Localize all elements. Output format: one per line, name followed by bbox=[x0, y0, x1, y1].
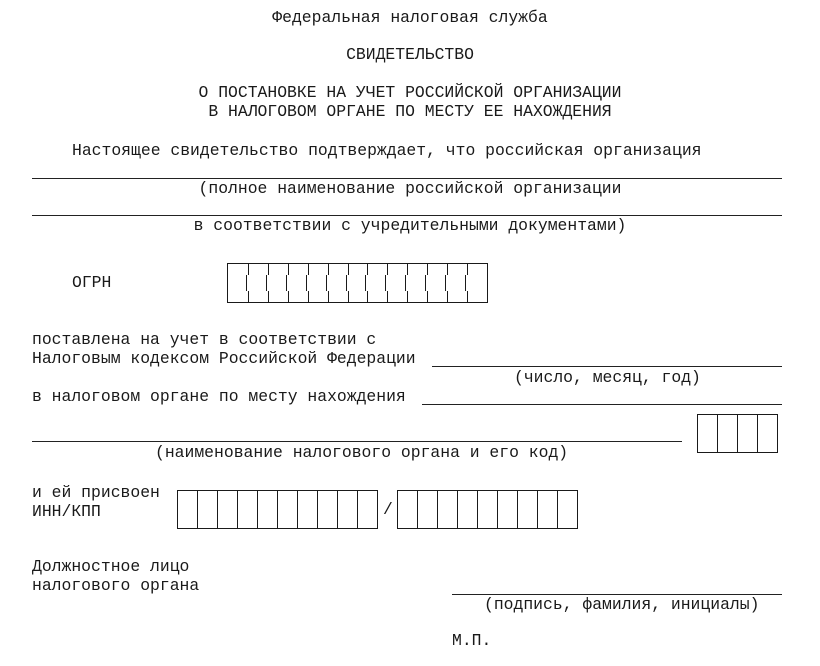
digit-cell[interactable] bbox=[318, 491, 338, 528]
digit-cell[interactable] bbox=[447, 264, 467, 302]
registration-text-line2: Налоговым кодексом Российской Федерации bbox=[32, 349, 416, 368]
digit-cell[interactable] bbox=[288, 264, 308, 302]
inn-field[interactable] bbox=[177, 490, 378, 529]
digit-cell[interactable] bbox=[348, 264, 368, 302]
tax-authority-code-field[interactable] bbox=[697, 414, 778, 453]
cell-divider bbox=[266, 275, 267, 291]
digit-cell[interactable] bbox=[278, 491, 298, 528]
digit-cell[interactable] bbox=[248, 264, 268, 302]
inn-kpp-separator: / bbox=[383, 500, 393, 519]
digit-cell[interactable] bbox=[458, 491, 478, 528]
cell-divider bbox=[425, 275, 426, 291]
digit-cell[interactable] bbox=[427, 264, 447, 302]
inn-kpp-label-line2: ИНН/КПП bbox=[32, 502, 101, 521]
digit-cell[interactable] bbox=[258, 491, 278, 528]
digit-cell[interactable] bbox=[328, 264, 348, 302]
registration-date-caption: (число, месяц, год) bbox=[514, 368, 701, 387]
agency-name: Федеральная налоговая служба bbox=[0, 8, 820, 27]
cell-divider bbox=[365, 275, 366, 291]
org-name-caption-line1: (полное наименование российской организа… bbox=[0, 179, 820, 198]
digit-cell[interactable] bbox=[367, 264, 387, 302]
digit-cell[interactable] bbox=[308, 264, 328, 302]
digit-cell[interactable] bbox=[498, 491, 518, 528]
official-label-line1: Должностное лицо bbox=[32, 557, 189, 576]
official-label-line2: налогового органа bbox=[32, 576, 199, 595]
digit-cell[interactable] bbox=[228, 264, 248, 302]
digit-cell[interactable] bbox=[398, 491, 418, 528]
digit-cell[interactable] bbox=[467, 264, 487, 302]
digit-cell[interactable] bbox=[358, 491, 377, 528]
inn-kpp-label-line1: и ей присвоен bbox=[32, 483, 160, 502]
cell-divider bbox=[286, 275, 287, 291]
ogrn-label: ОГРН bbox=[72, 273, 111, 292]
digit-cell[interactable] bbox=[558, 491, 577, 528]
registration-text-line1: поставлена на учет в соответствии с bbox=[32, 330, 376, 349]
digit-cell[interactable] bbox=[407, 264, 427, 302]
digit-cell[interactable] bbox=[238, 491, 258, 528]
digit-cell[interactable] bbox=[218, 491, 238, 528]
org-name-caption-line2: в соответствии с учредительными документ… bbox=[0, 216, 820, 235]
location-field[interactable] bbox=[422, 404, 782, 405]
document-subtitle-line2: В НАЛОГОВОМ ОРГАНЕ ПО МЕСТУ ЕЕ НАХОЖДЕНИ… bbox=[0, 102, 820, 121]
digit-cell[interactable] bbox=[518, 491, 538, 528]
digit-cell[interactable] bbox=[698, 415, 718, 452]
cell-divider bbox=[306, 275, 307, 291]
cell-divider bbox=[445, 275, 446, 291]
signature-caption: (подпись, фамилия, инициалы) bbox=[484, 595, 759, 614]
digit-cell[interactable] bbox=[298, 491, 318, 528]
digit-cell[interactable] bbox=[178, 491, 198, 528]
digit-cell[interactable] bbox=[538, 491, 558, 528]
digit-cell[interactable] bbox=[268, 264, 288, 302]
cell-divider bbox=[246, 275, 247, 291]
registration-date-field[interactable] bbox=[432, 366, 782, 367]
tax-authority-caption: (наименование налогового органа и его ко… bbox=[155, 443, 568, 462]
seal-placeholder: М.П. bbox=[452, 631, 491, 650]
digit-cell[interactable] bbox=[418, 491, 438, 528]
digit-cell[interactable] bbox=[438, 491, 458, 528]
cell-divider bbox=[346, 275, 347, 291]
intro-text: Настоящее свидетельство подтверждает, чт… bbox=[72, 141, 702, 160]
digit-cell[interactable] bbox=[738, 415, 758, 452]
document-subtitle-line1: О ПОСТАНОВКЕ НА УЧЕТ РОССИЙСКОЙ ОРГАНИЗА… bbox=[0, 83, 820, 102]
location-label: в налоговом органе по месту нахождения bbox=[32, 387, 406, 406]
cell-divider bbox=[385, 275, 386, 291]
digit-cell[interactable] bbox=[758, 415, 777, 452]
digit-cell[interactable] bbox=[478, 491, 498, 528]
cell-divider bbox=[465, 275, 466, 291]
digit-cell[interactable] bbox=[718, 415, 738, 452]
cell-divider bbox=[326, 275, 327, 291]
cell-divider bbox=[405, 275, 406, 291]
kpp-field[interactable] bbox=[397, 490, 578, 529]
tax-authority-name-field[interactable] bbox=[32, 441, 682, 442]
digit-cell[interactable] bbox=[387, 264, 407, 302]
digit-cell[interactable] bbox=[198, 491, 218, 528]
ogrn-field[interactable] bbox=[227, 263, 488, 303]
digit-cell[interactable] bbox=[338, 491, 358, 528]
document-title: СВИДЕТЕЛЬСТВО bbox=[0, 45, 820, 64]
